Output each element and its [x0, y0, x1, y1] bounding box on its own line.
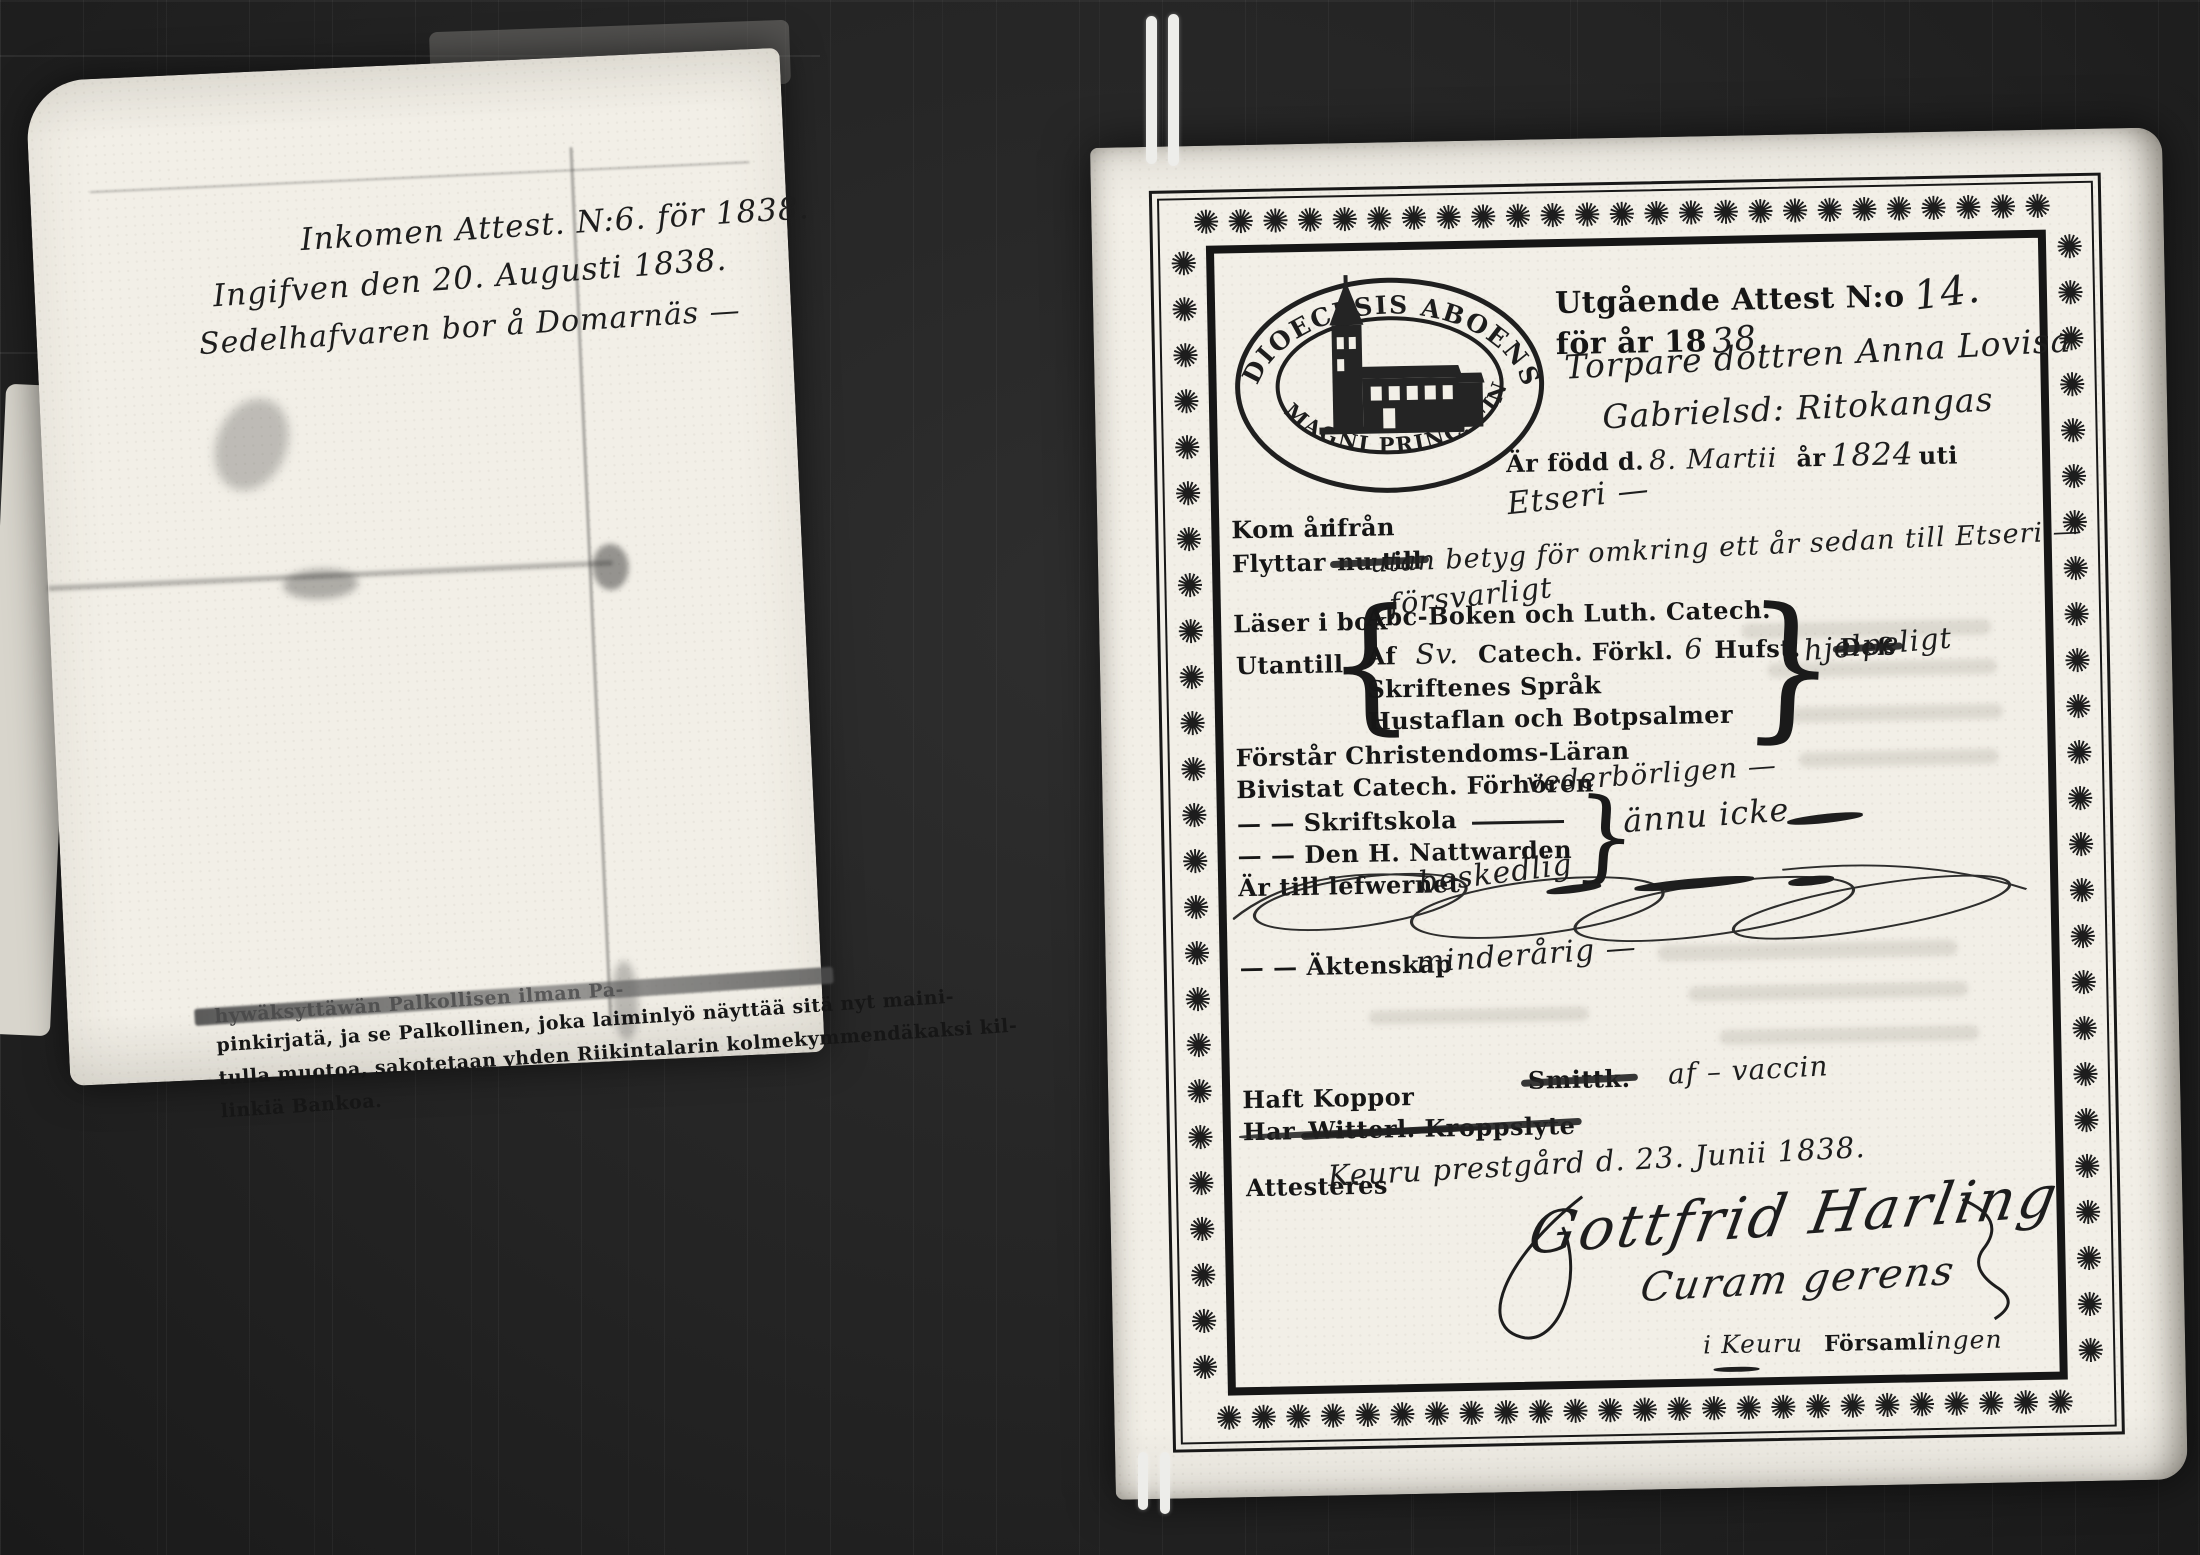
born-date-handwritten: 8. Martii	[1649, 443, 1778, 476]
utantill-af: Af	[1367, 641, 1397, 671]
right-page: ✺✺✺✺✺✺✺✺✺✺✺✺✺✺✺✺✺✺✺✺✺✺✺✺✺ ✺✺✺✺✺✺✺✺✺✺✺✺✺✺…	[1090, 127, 2188, 1499]
utantill-catech: Catech. Förkl.	[1478, 636, 1674, 669]
ink-stain	[201, 387, 302, 502]
binding-slit	[1168, 14, 1179, 166]
flyttar-handwritten: utan betyg för omkring ett år sedan till…	[1369, 516, 2081, 579]
certificate-frame: ✺✺✺✺✺✺✺✺✺✺✺✺✺✺✺✺✺✺✺✺✺✺✺✺✺ ✺✺✺✺✺✺✺✺✺✺✺✺✺✺…	[1149, 173, 2125, 1453]
born-place-label: uti	[1918, 440, 1958, 470]
binding-slit	[1160, 1452, 1170, 1514]
utantill-item-hustaflan: Hustaflan och Botpsalmer	[1368, 700, 1734, 736]
utantill-sv-handwritten: Sv.	[1415, 637, 1459, 671]
skriftskola-row: — — Skriftskola	[1237, 803, 1565, 838]
born-place-handwritten: Etseri —	[1505, 471, 1651, 522]
rosette-ring: ✺✺✺✺✺✺✺✺✺✺✺✺✺✺✺✺✺✺✺✺✺✺✺✺✺ ✺✺✺✺✺✺✺✺✺✺✺✺✺✺…	[1157, 181, 2117, 1445]
binding-slit	[1138, 1452, 1148, 1510]
bleed-through-ghost	[1688, 981, 1968, 1001]
pen-dash	[1787, 810, 1864, 827]
certificate-inner-border: DIOECESIS ABOENSIS. MAGNI PRINC. FINL.	[1206, 230, 2068, 1396]
signature-parish-line: i Keuru Församlingen	[1703, 1324, 2060, 1379]
title-prefix: Utgående Attest N:o	[1555, 279, 1905, 321]
certificate-content: DIOECESIS ABOENSIS. MAGNI PRINC. FINL.	[1214, 238, 2060, 1388]
kom-ar-label: Kom år	[1231, 513, 1333, 544]
parish-hw-suffix: ingen	[1926, 1325, 2003, 1355]
kroppslyte-har: Har	[1243, 1116, 1296, 1146]
koppor-label: Haft Koppor	[1242, 1082, 1415, 1114]
koppor-handwritten: af – vaccin	[1667, 1049, 1829, 1091]
printed-rule	[1472, 820, 1564, 825]
utantill-6-handwritten: 6	[1684, 632, 1703, 665]
utantill-close-brace: }	[1738, 586, 1841, 748]
holder-name-line2: Gabrielsd: Ritokangas	[1601, 380, 1994, 437]
born-line: Är född d. 8. Martii år 1824 uti Etseri …	[1506, 434, 2043, 516]
printed-fragment: hywäksyttäwän Palkollisen ilman Pa- pink…	[214, 966, 821, 1128]
ink-stain	[592, 543, 630, 591]
fold-crease	[90, 161, 749, 193]
binding-slit	[1146, 16, 1157, 164]
pen-dash	[1714, 1366, 1760, 1372]
signature-flourish	[1462, 1178, 2025, 1349]
flyttar-label: Flyttar	[1232, 548, 1327, 579]
utantill-item-skriftenes: Skriftenes Språk	[1367, 670, 1601, 703]
parish-hw-prefix: i Keuru	[1703, 1329, 1803, 1360]
registry-note-line1: Inkomen Attest. N:6. för 1838.	[299, 190, 810, 258]
sacrament-handwritten: ännu icke	[1622, 790, 1791, 840]
bleed-through-ghost	[1369, 1007, 1589, 1025]
born-year-handwritten: 1824	[1830, 436, 1914, 474]
born-year-label: år	[1796, 443, 1826, 473]
ifran-label: ifrån	[1327, 512, 1395, 542]
title-number-handwritten: 14.	[1911, 266, 1983, 320]
fold-crease	[48, 561, 613, 591]
bleed-through-ghost	[1719, 1025, 1979, 1045]
skriftskola-label: — — Skriftskola	[1237, 805, 1458, 838]
koppor-struck: Smittk.	[1528, 1064, 1631, 1095]
parish-printed: Församl	[1824, 1329, 1927, 1357]
archival-scan: Inkomen Attest. N:6. för 1838. Ingifven …	[0, 0, 2200, 1555]
left-page: Inkomen Attest. N:6. för 1838. Ingifven …	[25, 48, 825, 1086]
